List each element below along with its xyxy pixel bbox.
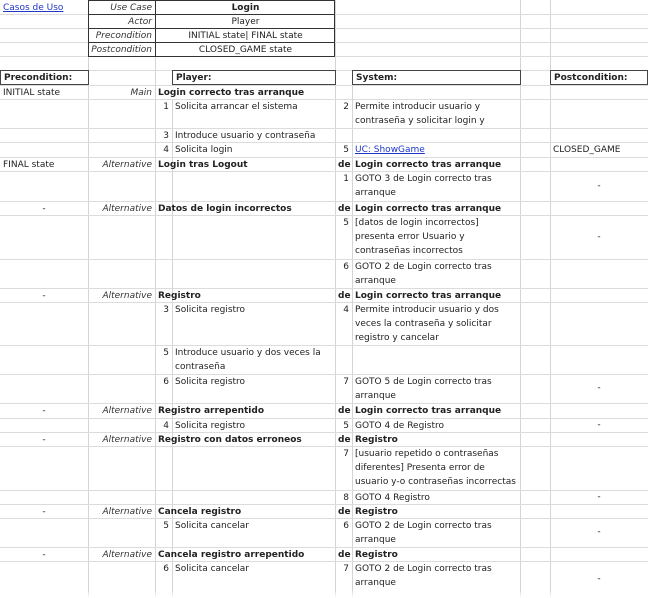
system-step-text: GOTO 2 de Login correcto tras arranque	[352, 259, 520, 288]
system-step-number: 1	[335, 171, 352, 185]
postcondition-label: Postcondition	[88, 42, 155, 56]
system-step-text: [usuario repetido o contraseñas diferent…	[352, 446, 520, 490]
system-step-text: GOTO 3 de Login correcto tras arranque	[352, 171, 520, 201]
flow-precondition: -	[0, 547, 88, 561]
flow-precondition: -	[0, 288, 88, 302]
flow-precondition: -	[0, 504, 88, 518]
flow-title: Login tras Logout	[155, 157, 335, 171]
precondition-value: INITIAL state| FINAL state	[156, 28, 335, 42]
gridline	[520, 0, 521, 598]
casos-de-uso-link[interactable]: Casos de Uso	[0, 0, 88, 14]
postcondition-value: CLOSED_GAME state	[156, 42, 335, 56]
player-step-number: 3	[155, 302, 172, 316]
flow-precondition: INITIAL state	[0, 85, 88, 99]
flow-type: Alternative	[88, 403, 155, 417]
system-step-text: GOTO 4 Registro	[352, 490, 520, 504]
system-step-text: Permite introducir usuario y contraseña …	[352, 99, 520, 128]
flow-reference: Registro	[352, 547, 520, 561]
flow-precondition: -	[0, 403, 88, 417]
player-step-number: 1	[155, 99, 172, 113]
system-step-number: 6	[335, 518, 352, 532]
column-header-precondition: Precondition:	[0, 70, 89, 85]
column-header-postcondition: Postcondition:	[550, 70, 648, 85]
system-step-text: [datos de login incorrectos] presenta er…	[352, 215, 520, 259]
gridline	[550, 0, 551, 598]
player-step-number: 5	[155, 345, 172, 359]
player-step-number: 3	[155, 128, 172, 142]
step-postcondition: -	[550, 518, 648, 547]
player-step-number: 4	[155, 418, 172, 432]
flow-reference: Registro	[352, 432, 520, 446]
flow-title: Cancela registro	[155, 504, 335, 518]
flow-type: Alternative	[88, 432, 155, 446]
player-step-text: Solicita arrancar el sistema	[172, 99, 335, 128]
flow-precondition: -	[0, 201, 88, 215]
system-step-number: 6	[335, 259, 352, 273]
flow-title: Registro	[155, 288, 335, 302]
flow-title: Login correcto tras arranque	[155, 85, 335, 99]
player-step-text: Solicita registro	[172, 418, 335, 432]
flow-title: Datos de login incorrectos	[155, 201, 335, 215]
system-step-number: 7	[335, 374, 352, 388]
flow-type: Alternative	[88, 547, 155, 561]
column-header-system: System:	[352, 70, 521, 85]
player-step-number: 6	[155, 374, 172, 388]
flow-reference: Login correcto tras arranque	[352, 157, 520, 171]
use-case-label: Use Case	[88, 0, 155, 14]
actor-label: Actor	[88, 14, 155, 28]
step-postcondition: -	[550, 490, 648, 504]
system-step-number: 2	[335, 99, 352, 113]
system-step-number: 7	[335, 561, 352, 575]
player-step-number: 5	[155, 518, 172, 532]
step-postcondition: CLOSED_GAME state	[550, 142, 648, 157]
system-step-number: 8	[335, 490, 352, 504]
actor-value: Player	[156, 14, 335, 28]
step-postcondition: -	[550, 171, 648, 201]
player-step-text: Solicita registro	[172, 302, 335, 345]
flow-title: Registro con datos erroneos	[155, 432, 335, 446]
flow-reference: Registro	[352, 504, 520, 518]
flow-de: de	[335, 288, 352, 302]
flow-precondition: FINAL state	[0, 157, 88, 171]
bottom-fade	[0, 590, 648, 598]
system-step-text: GOTO 5 de Login correcto tras arranque	[352, 374, 520, 403]
system-step-number: 5	[335, 215, 352, 229]
system-step-number: 5	[335, 418, 352, 432]
player-step-text: Solicita login	[172, 142, 335, 157]
flow-de: de	[335, 157, 352, 171]
flow-type: Alternative	[88, 288, 155, 302]
player-step-number: 4	[155, 142, 172, 156]
precondition-label: Precondition	[88, 28, 155, 42]
flow-type: Alternative	[88, 201, 155, 215]
player-step-number: 6	[155, 561, 172, 575]
system-step-number: 7	[335, 446, 352, 460]
step-postcondition: -	[550, 418, 648, 432]
system-step-text: GOTO 4 de Registro	[352, 418, 520, 432]
player-step-text: Solicita registro	[172, 374, 335, 403]
flow-de: de	[335, 432, 352, 446]
flow-title: Registro arrepentido	[155, 403, 335, 417]
flow-reference: Login correcto tras arranque	[352, 288, 520, 302]
flow-reference: Login correcto tras arranque	[352, 403, 520, 417]
use-case-value: Login	[156, 0, 335, 14]
showgame-use-case-link[interactable]: UC: ShowGame	[352, 142, 520, 157]
step-postcondition: -	[550, 374, 648, 403]
flow-type: Alternative	[88, 504, 155, 518]
flow-precondition: -	[0, 432, 88, 446]
player-step-text: Solicita cancelar	[172, 518, 335, 547]
system-step-number: 4	[335, 302, 352, 316]
player-step-text: Introduce usuario y contraseña	[172, 128, 335, 142]
system-step-number: 5	[335, 142, 352, 156]
flow-title: Cancela registro arrepentido	[155, 547, 335, 561]
player-step-text: Introduce usuario y dos veces la contras…	[172, 345, 335, 374]
flow-de: de	[335, 504, 352, 518]
system-step-text: Permite introducir usuario y dos veces l…	[352, 302, 520, 345]
flow-reference: Login correcto tras arranque	[352, 201, 520, 215]
step-postcondition: -	[550, 215, 648, 259]
flow-de: de	[335, 201, 352, 215]
column-header-player: Player:	[172, 70, 336, 85]
flow-type: Alternative	[88, 157, 155, 171]
flow-de: de	[335, 547, 352, 561]
system-step-text: GOTO 2 de Login correcto tras arranque	[352, 518, 520, 547]
flow-de: de	[335, 403, 352, 417]
flow-type: Main	[88, 85, 155, 99]
